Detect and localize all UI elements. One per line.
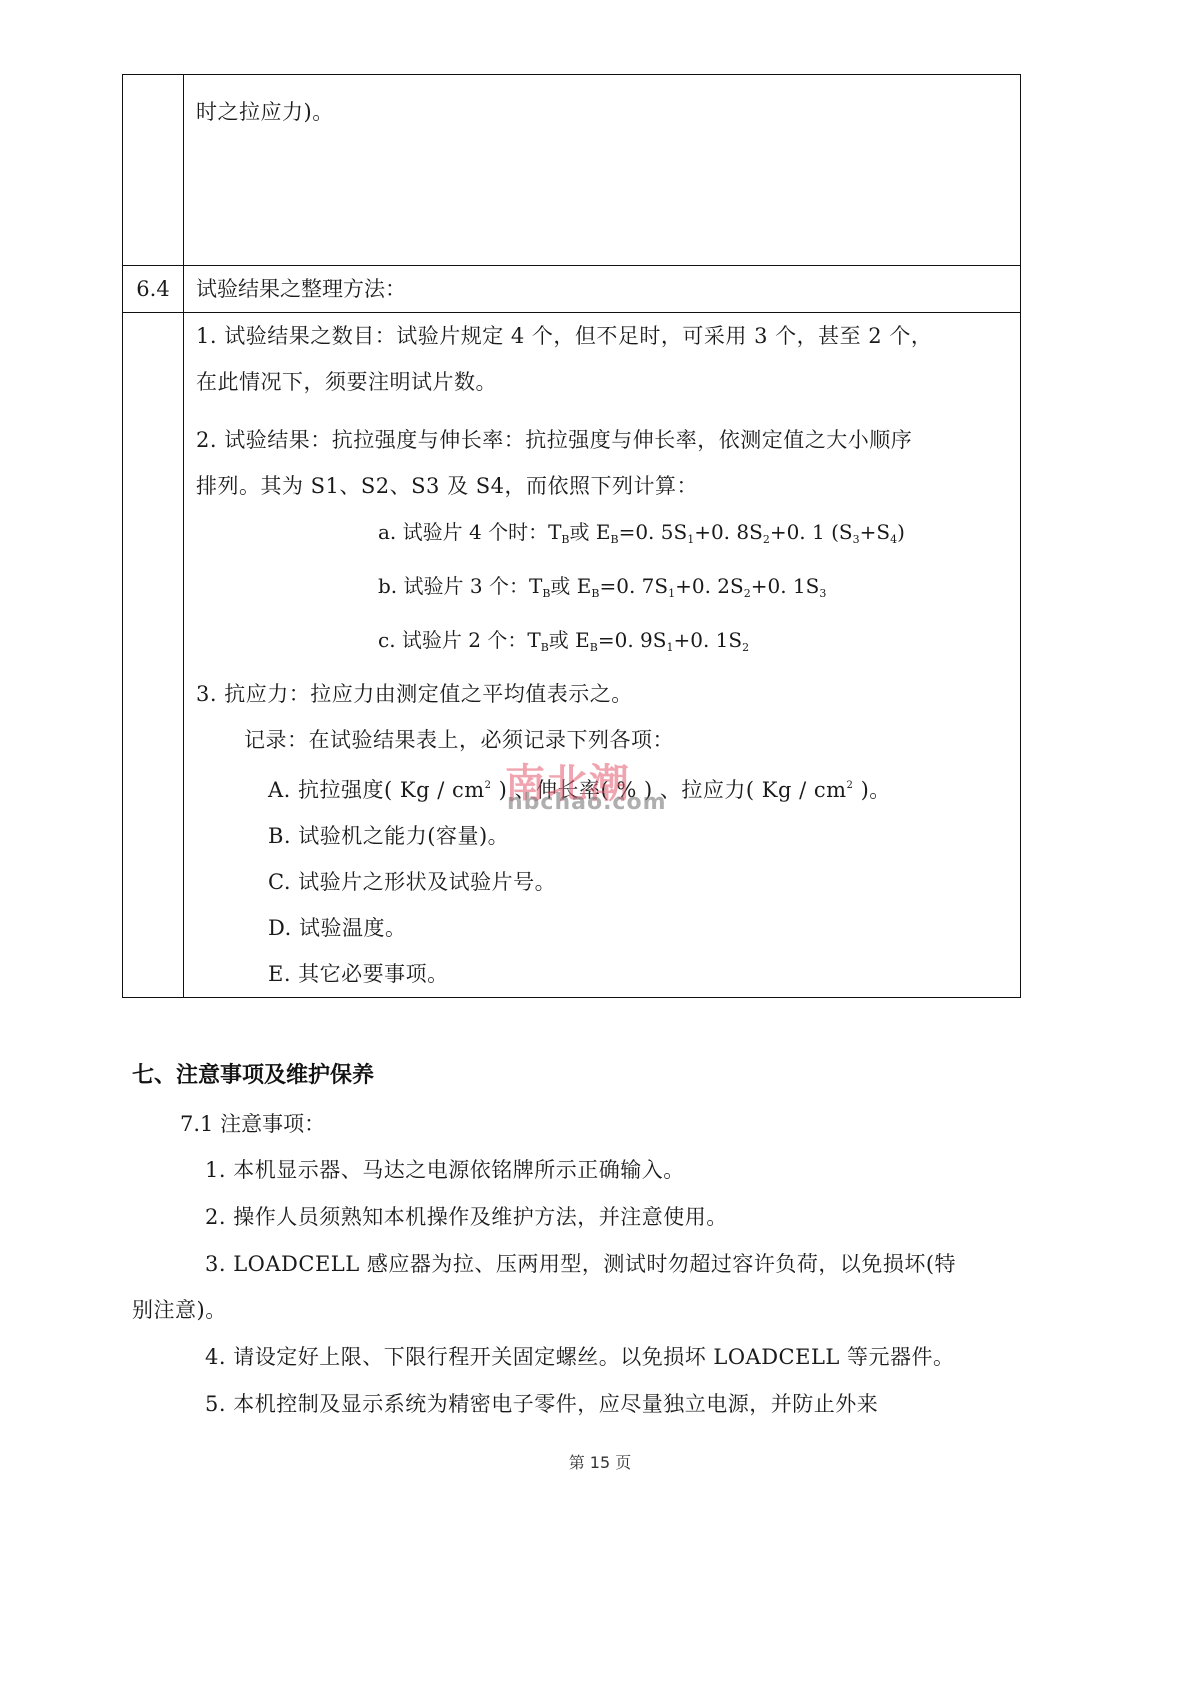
page-number: 第 15 页	[0, 1450, 1200, 1473]
table-row-continuation: 时之拉应力)。	[123, 75, 1021, 266]
record-item-c: C. 试验片之形状及试验片号。	[196, 859, 1012, 905]
section-7-1-subheading: 7.1 注意事项：	[180, 1106, 325, 1142]
formula-c: c. 试验片 2 个：TB或 EB=0. 9S1+0. 1S2	[196, 617, 1012, 671]
empty-number-cell	[123, 313, 184, 998]
record-item-b: B. 试验机之能力(容量)。	[196, 813, 1012, 859]
record-item-e: E. 其它必要事项。	[196, 951, 1012, 997]
row-text-cell: 时之拉应力)。	[184, 75, 1021, 266]
record-item-a: A. 抗拉强度( Kg / cm2 ) 、伸长率( % ) 、拉应力( Kg /…	[196, 763, 1012, 813]
content-cell: 1. 试验结果之数目：试验片规定 4 个，但不足时，可采用 3 个，甚至 2 个…	[184, 313, 1021, 998]
section-number: 6.4	[123, 266, 184, 313]
table-row-6-4: 6.4 试验结果之整理方法：	[123, 266, 1021, 313]
row-number-cell	[123, 75, 184, 266]
item2-line1: 2. 试验结果：抗拉强度与伸长率：抗拉强度与伸长率，依测定值之大小顺序	[196, 417, 1012, 463]
item3: 3. 抗应力：拉应力由测定值之平均值表示之。	[196, 671, 1012, 717]
formula-b: b. 试验片 3 个：TB或 EB=0. 7S1+0. 2S2+0. 1S3	[196, 563, 1012, 617]
section-7-heading: 七、注意事项及维护保养	[132, 1058, 374, 1094]
formula-a: a. 试验片 4 个时：TB或 EB=0. 5S1+0. 8S2+0. 1 (S…	[196, 509, 1012, 563]
record-item-d: D. 试验温度。	[196, 905, 1012, 951]
item1-line2: 在此情况下，须要注明试片数。	[196, 359, 1012, 405]
note-5: 5. 本机控制及显示系统为精密电子零件，应尽量独立电源，并防止外来	[205, 1386, 878, 1422]
note-3-continued: 别注意)。	[132, 1292, 227, 1328]
item2-line2: 排列。其为 S1、S2、S3 及 S4，而依照下列计算：	[196, 463, 1012, 509]
note-2: 2. 操作人员须熟知本机操作及维护方法，并注意使用。	[205, 1199, 728, 1235]
note-4: 4. 请设定好上限、下限行程开关固定螺丝。以免损坏 LOADCELL 等元器件。	[205, 1339, 955, 1375]
item1-line1: 1. 试验结果之数目：试验片规定 4 个，但不足时，可采用 3 个，甚至 2 个…	[196, 313, 1012, 359]
note-3: 3. LOADCELL 感应器为拉、压两用型，测试时勿超过容许负荷，以免损坏(特	[205, 1246, 956, 1282]
note-1: 1. 本机显示器、马达之电源依铭牌所示正确输入。	[205, 1152, 685, 1188]
table-row-content: 1. 试验结果之数目：试验片规定 4 个，但不足时，可采用 3 个，甚至 2 个…	[123, 313, 1021, 998]
continuation-text: 时之拉应力)。	[196, 89, 1012, 135]
spec-table: 时之拉应力)。 6.4 试验结果之整理方法： 1. 试验结果之数目：试验片规定 …	[122, 74, 1021, 998]
record-intro: 记录：在试验结果表上，必须记录下列各项：	[196, 717, 1012, 763]
section-title: 试验结果之整理方法：	[184, 266, 1021, 313]
document-page: 时之拉应力)。 6.4 试验结果之整理方法： 1. 试验结果之数目：试验片规定 …	[0, 0, 1200, 1697]
